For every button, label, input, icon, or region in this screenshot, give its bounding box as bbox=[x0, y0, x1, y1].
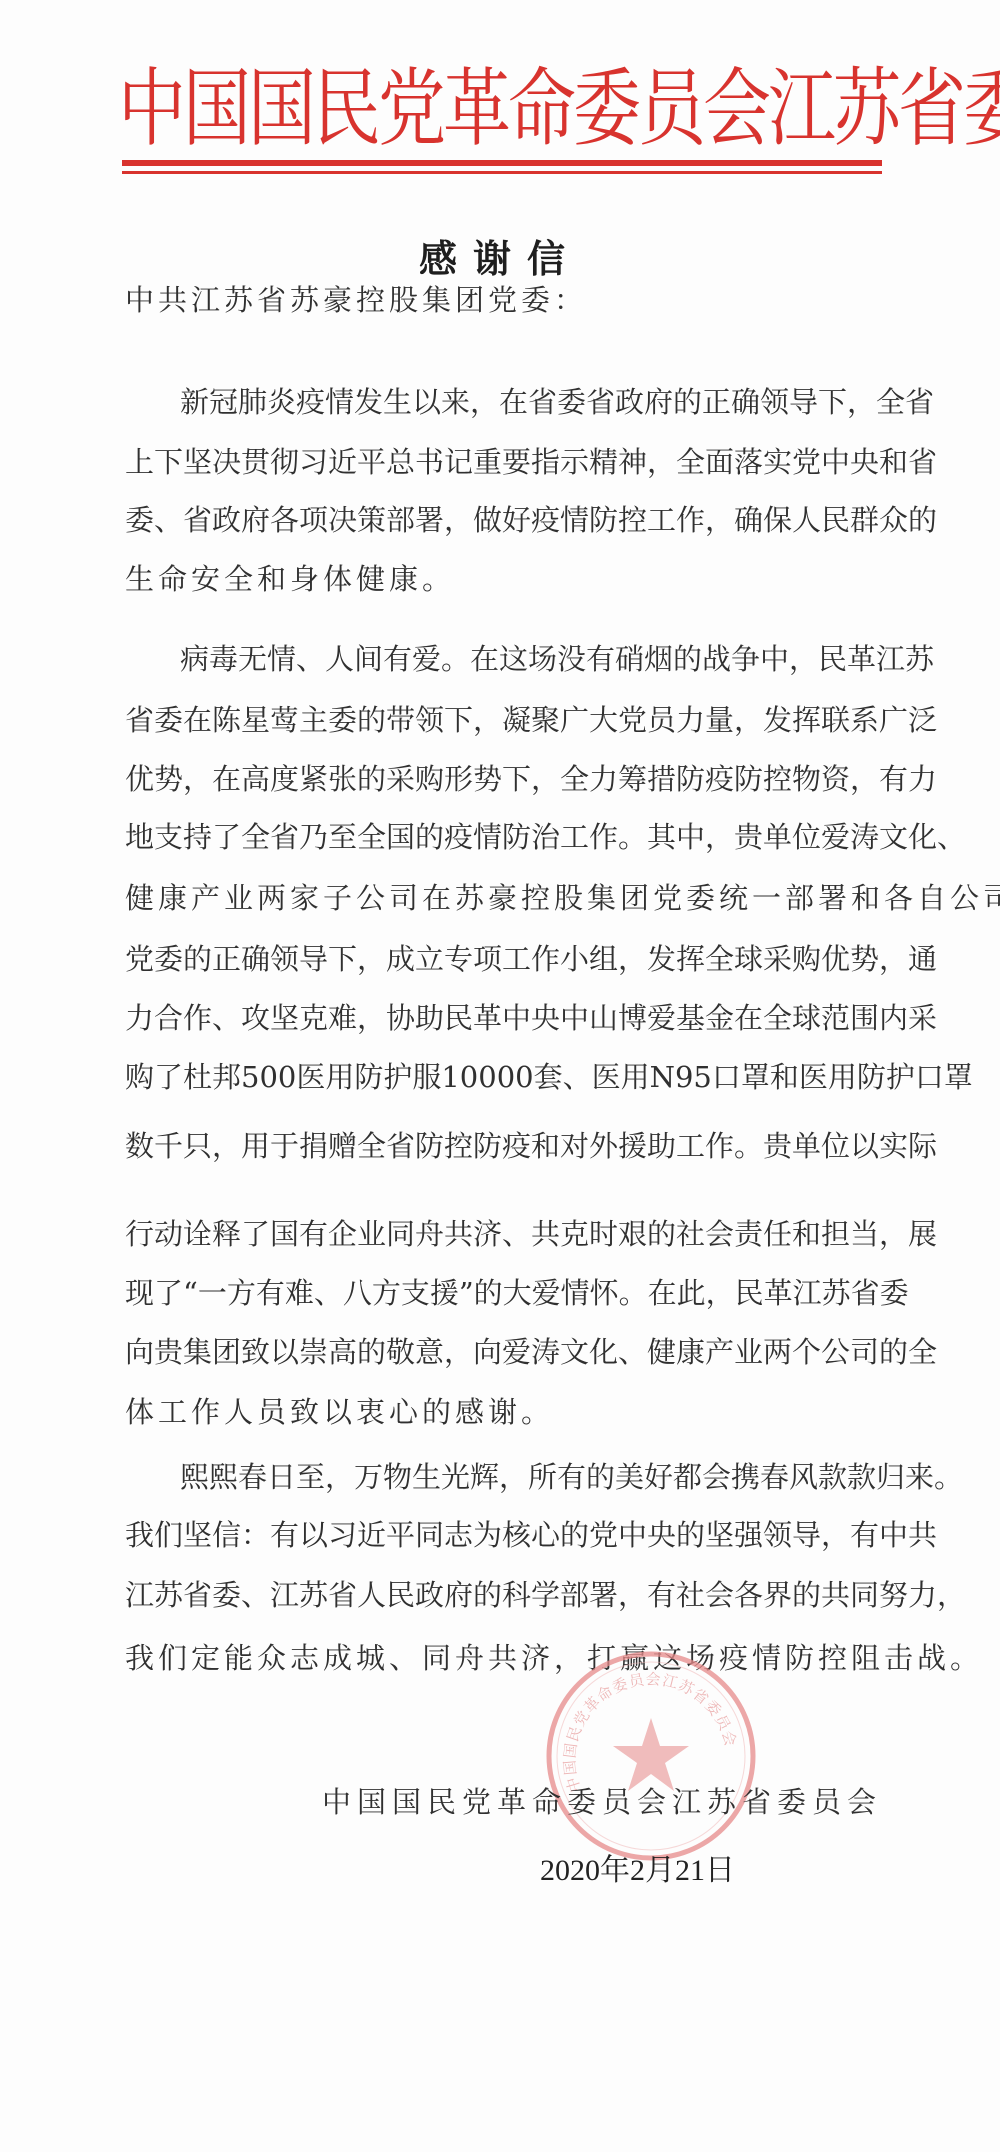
body-line: 地支持了全省乃至全国的疫情防治工作。其中，贵单位爱涛文化、 bbox=[125, 815, 885, 856]
body-line: 力合作、攻坚克难，协助民革中央中山博爱基金在全球范围内采 bbox=[125, 996, 885, 1037]
body-line: 病毒无情、人间有爱。在这场没有硝烟的战争中，民革江苏 bbox=[180, 637, 885, 678]
body-line: 现了“一方有难、八方支援”的大爱情怀。在此，民革江苏省委 bbox=[125, 1271, 885, 1312]
body-line: 我们坚信：有以习近平同志为核心的党中央的坚强领导，有中共 bbox=[125, 1513, 885, 1554]
body-line: 购了杜邦500医用防护服10000套、医用N95口罩和医用防护口罩 bbox=[125, 1055, 885, 1096]
salutation: 中共江苏省苏豪控股集团党委： bbox=[125, 278, 885, 319]
letterhead-rule-thin bbox=[122, 171, 882, 174]
body-line: 委、省政府各项决策部署，做好疫情防控工作，确保人民群众的 bbox=[125, 498, 885, 539]
body-line: 数千只，用于捐赠全省防控防疫和对外援助工作。贵单位以实际 bbox=[125, 1124, 885, 1165]
body-line: 生命安全和身体健康。 bbox=[125, 557, 885, 598]
official-seal-star-icon: 中国国民党革命委员会江苏省委员会 bbox=[545, 1650, 757, 1862]
body-line: 江苏省委、江苏省人民政府的科学部署，有社会各界的共同努力， bbox=[125, 1573, 885, 1614]
body-line: 新冠肺炎疫情发生以来，在省委省政府的正确领导下，全省 bbox=[180, 380, 885, 421]
body-line: 体工作人员致以衷心的感谢。 bbox=[125, 1390, 885, 1431]
body-line: 党委的正确领导下，成立专项工作小组，发挥全球采购优势，通 bbox=[125, 937, 885, 978]
document-title: 感谢信 bbox=[0, 228, 1000, 283]
signature: 中国国民党革命委员会江苏省委员会 bbox=[322, 1780, 882, 1821]
body-line: 健康产业两家子公司在苏豪控股集团党委统一部署和各自公司 bbox=[125, 876, 885, 917]
body-line: 上下坚决贯彻习近平总书记重要指示精神，全面落实党中央和省 bbox=[125, 440, 885, 481]
body-line: 向贵集团致以崇高的敬意，向爱涛文化、健康产业两个公司的全 bbox=[125, 1330, 885, 1371]
body-line: 熙熙春日至，万物生光辉，所有的美好都会携春风款款归来。 bbox=[180, 1455, 885, 1496]
body-line: 行动诠释了国有企业同舟共济、共克时艰的社会责任和担当，展 bbox=[125, 1212, 885, 1253]
date: 2020年2月21日 bbox=[540, 1845, 735, 1889]
body-line: 我们定能众志成城、同舟共济，打赢这场疫情防控阻击战。 bbox=[125, 1636, 885, 1677]
letterhead-rule-thick bbox=[122, 160, 882, 166]
letterhead-title: 中国国民党革命委员会江苏省委员会 bbox=[118, 48, 888, 173]
body-line: 省委在陈星莺主委的带领下，凝聚广大党员力量，发挥联系广泛 bbox=[125, 698, 885, 739]
official-seal: 中国国民党革命委员会江苏省委员会 bbox=[545, 1650, 757, 1862]
body-line: 优势，在高度紧张的采购形势下，全力筹措防疫防控物资，有力 bbox=[125, 757, 885, 798]
